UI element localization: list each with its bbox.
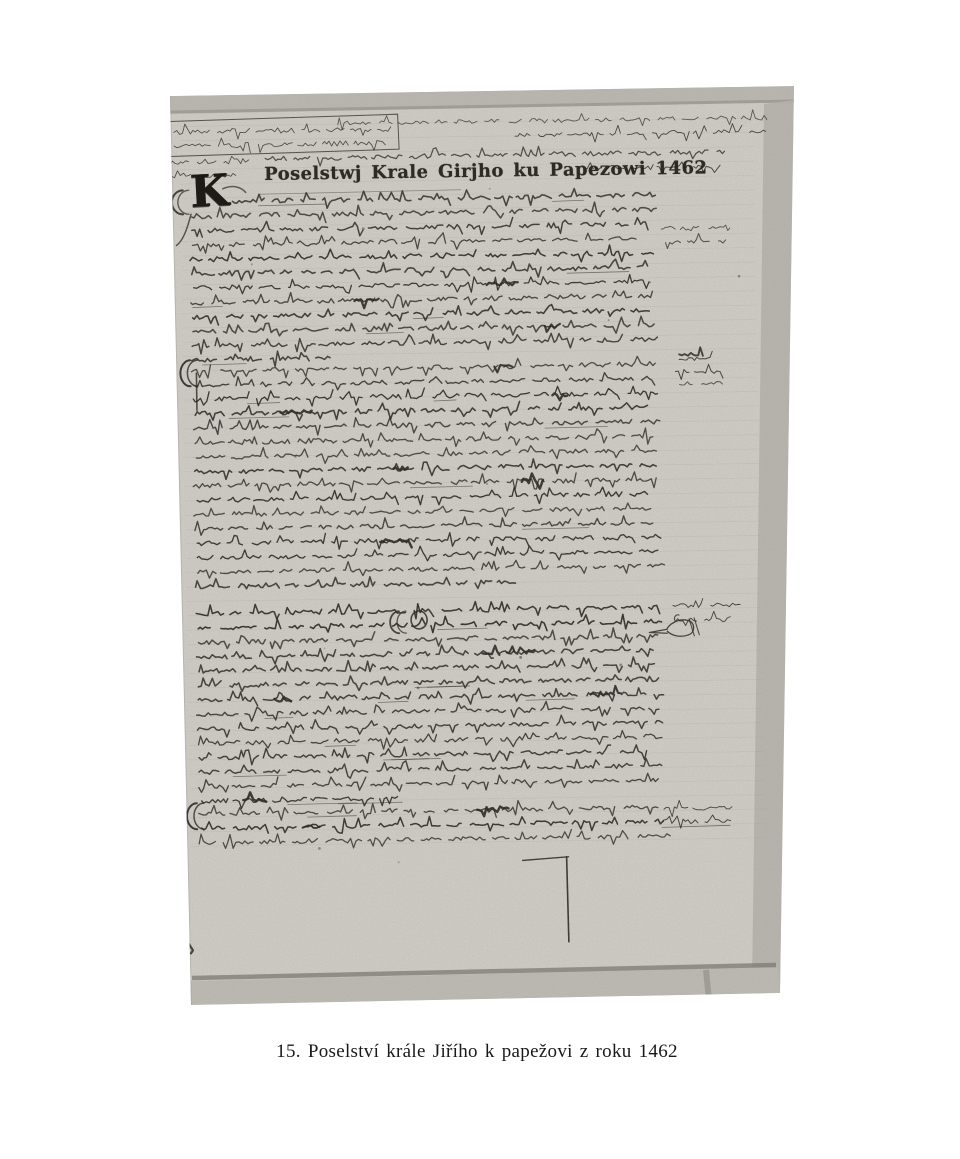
manuscript-initial-letter: K — [189, 169, 230, 215]
figure-caption: 15. Poselství krále Jiřího k papežovi z … — [0, 1041, 954, 1063]
manuscript-artwork — [166, 86, 796, 1006]
manuscript-photo: K Poselstwj Krale Girjho ku Papezowi 146… — [166, 86, 796, 1006]
